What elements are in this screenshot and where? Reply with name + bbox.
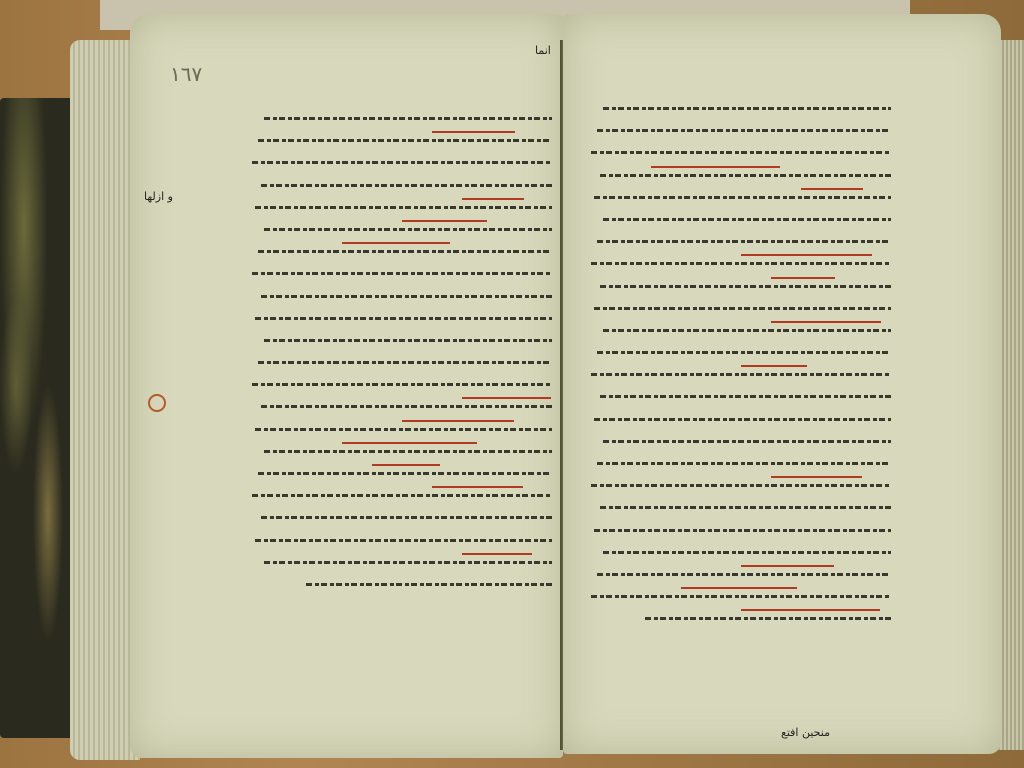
text-line xyxy=(591,475,891,497)
leather-cover xyxy=(0,98,80,738)
left-page: ١٦٧ و ازلها انما xyxy=(130,14,563,758)
handwritten-text xyxy=(252,161,552,164)
handwritten-text xyxy=(645,617,891,620)
handwritten-text xyxy=(264,450,552,453)
text-line xyxy=(591,608,891,630)
text-line xyxy=(252,419,552,441)
handwritten-text xyxy=(597,351,891,354)
handwritten-text xyxy=(594,307,891,310)
handwritten-text xyxy=(264,339,552,342)
rubrication-overline xyxy=(771,277,835,279)
handwritten-text xyxy=(603,329,891,332)
handwritten-text xyxy=(306,583,552,586)
handwritten-text xyxy=(591,595,891,598)
rubrication-overline xyxy=(801,188,863,190)
handwritten-text xyxy=(594,529,891,532)
handwritten-text xyxy=(255,539,552,542)
text-line xyxy=(591,586,891,608)
handwritten-text xyxy=(261,295,552,298)
text-line xyxy=(591,231,891,253)
rubrication-overline xyxy=(402,420,514,422)
rubrication-overline xyxy=(771,321,881,323)
handwritten-text xyxy=(252,272,552,275)
text-line xyxy=(591,209,891,231)
text-line xyxy=(252,374,552,396)
text-line xyxy=(252,330,552,352)
handwritten-text xyxy=(264,228,552,231)
handwritten-text xyxy=(255,428,552,431)
text-line xyxy=(591,497,891,519)
handwritten-text xyxy=(258,139,552,142)
handwritten-text xyxy=(261,516,552,519)
text-line xyxy=(591,320,891,342)
text-line xyxy=(591,453,891,475)
rubrication-overline xyxy=(651,166,780,168)
text-line xyxy=(252,197,552,219)
handwritten-text xyxy=(252,383,552,386)
rubrication-overline xyxy=(342,242,450,244)
rubrication-overline xyxy=(462,198,524,200)
text-line xyxy=(591,187,891,209)
text-line xyxy=(252,574,552,596)
handwritten-text xyxy=(600,506,891,509)
text-line xyxy=(591,253,891,275)
handwritten-text xyxy=(603,107,891,110)
text-line xyxy=(252,352,552,374)
text-line xyxy=(252,396,552,418)
handwritten-text xyxy=(594,418,891,421)
handwritten-text xyxy=(600,395,891,398)
margin-note: و ازلها xyxy=(144,190,173,203)
text-block xyxy=(591,98,891,631)
text-line xyxy=(252,108,552,130)
text-line xyxy=(252,308,552,330)
rubrication-overline xyxy=(462,397,551,399)
handwritten-text xyxy=(594,196,891,199)
rubrication-overline xyxy=(372,464,440,466)
rubrication-overline xyxy=(342,442,477,444)
text-line xyxy=(591,564,891,586)
handwritten-text xyxy=(591,262,891,265)
text-line xyxy=(591,342,891,364)
text-line xyxy=(591,298,891,320)
handwritten-text xyxy=(603,218,891,221)
text-line xyxy=(252,175,552,197)
handwritten-text xyxy=(597,573,891,576)
text-line xyxy=(252,530,552,552)
handwritten-text xyxy=(252,494,552,497)
rubrication-overline xyxy=(462,553,532,555)
rubrication-overline xyxy=(432,131,515,133)
text-line xyxy=(591,542,891,564)
handwritten-text xyxy=(603,551,891,554)
handwritten-text xyxy=(597,462,891,465)
gutter-note: انما xyxy=(535,44,551,57)
text-line xyxy=(591,165,891,187)
handwritten-text xyxy=(264,561,552,564)
rubrication-overline xyxy=(432,486,523,488)
text-line xyxy=(252,263,552,285)
text-line xyxy=(252,485,552,507)
handwritten-text xyxy=(255,317,552,320)
text-line xyxy=(252,219,552,241)
handwritten-text xyxy=(258,472,552,475)
handwritten-text xyxy=(591,151,891,154)
text-line xyxy=(252,441,552,463)
rubrication-overline xyxy=(741,609,880,611)
handwritten-text xyxy=(600,174,891,177)
text-line xyxy=(252,286,552,308)
text-line xyxy=(591,120,891,142)
handwritten-text xyxy=(261,405,552,408)
text-line xyxy=(252,241,552,263)
rubrication-overline xyxy=(771,476,862,478)
text-block xyxy=(252,108,552,596)
rubrication-overline xyxy=(681,587,797,589)
folio-number: ١٦٧ xyxy=(170,62,202,86)
text-line xyxy=(591,98,891,120)
rubrication-overline xyxy=(741,565,834,567)
rubrication-overline xyxy=(741,254,872,256)
text-line xyxy=(591,142,891,164)
rubrication-overline xyxy=(741,365,807,367)
text-line xyxy=(252,552,552,574)
rubrication-overline xyxy=(402,220,487,222)
handwritten-text xyxy=(258,361,552,364)
catchword: منحين افتع xyxy=(781,726,830,739)
text-line xyxy=(591,386,891,408)
text-line xyxy=(252,507,552,529)
text-line xyxy=(591,276,891,298)
handwritten-text xyxy=(258,250,552,253)
handwritten-text xyxy=(591,484,891,487)
text-line xyxy=(591,520,891,542)
right-page: منحين افتع xyxy=(563,14,1001,754)
handwritten-text xyxy=(597,129,891,132)
library-stamp-icon xyxy=(148,394,166,412)
text-line xyxy=(252,463,552,485)
handwritten-text xyxy=(261,184,552,187)
handwritten-text xyxy=(255,206,552,209)
handwritten-text xyxy=(591,373,891,376)
text-line xyxy=(591,409,891,431)
handwritten-text xyxy=(600,285,891,288)
handwritten-text xyxy=(603,440,891,443)
text-line xyxy=(591,364,891,386)
handwritten-text xyxy=(264,117,552,120)
handwritten-text xyxy=(597,240,891,243)
text-line xyxy=(591,431,891,453)
text-line xyxy=(252,152,552,174)
text-line xyxy=(252,130,552,152)
